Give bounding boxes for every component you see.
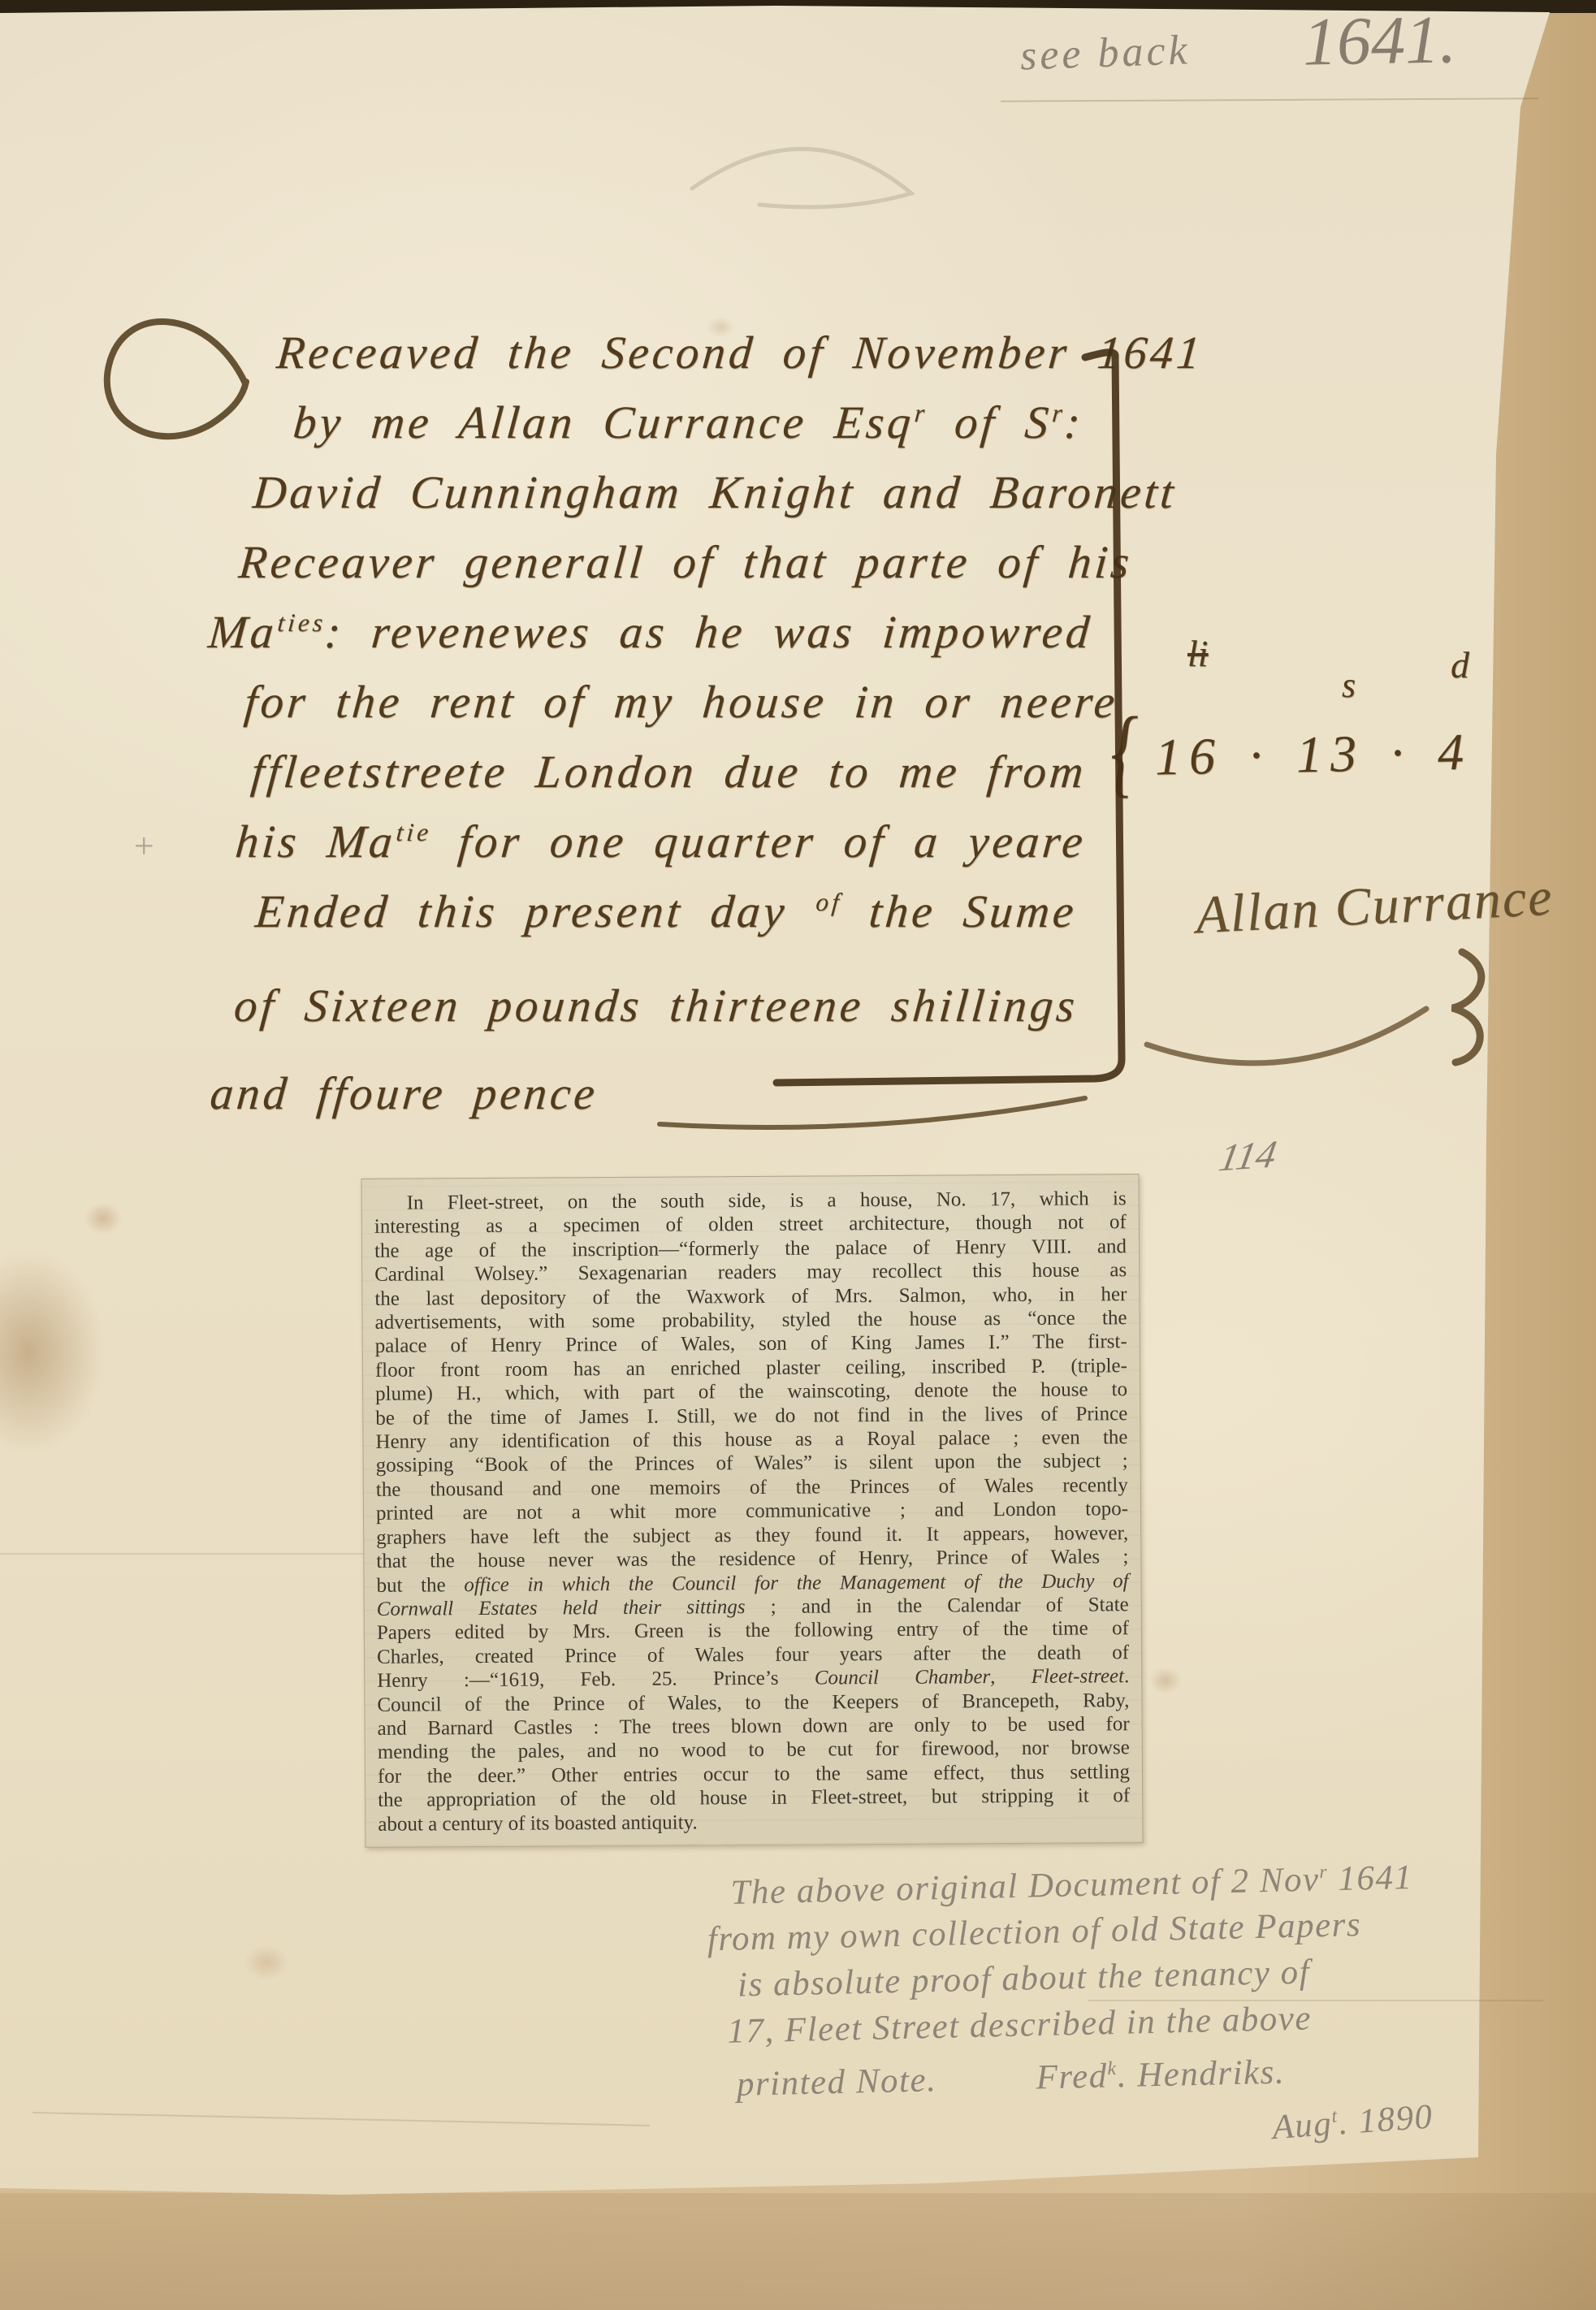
text-line: Augt. 1890 <box>1270 2087 1434 2151</box>
text-line: Ended this present day of the Sume <box>252 885 1158 955</box>
text-line: his Matie for one quarter of a yeare <box>231 815 1164 885</box>
text-line: of Sixteen pounds thirteene shillings <box>231 980 1150 1049</box>
text-segment: but the <box>376 1574 464 1597</box>
pencil-note: The above original Document of 2 Novr 16… <box>706 1844 1593 2109</box>
text-segment: : revenewes as he was impowred <box>322 607 1094 658</box>
text-segment: by me Allan Currance Esq <box>292 397 916 448</box>
text-segment: office in which the Council for the Mana… <box>464 1570 1128 1596</box>
text-segment: . <box>1124 1665 1129 1687</box>
text-segment: Aug <box>1271 2105 1334 2147</box>
shillings-symbol: s <box>1342 664 1356 706</box>
text-segment: the appropriation of the old house in Fl… <box>378 1784 1130 1811</box>
text-segment: interesting as a specimen of olden stree… <box>374 1212 1127 1239</box>
pence-symbol: d <box>1451 643 1469 686</box>
text-segment: r <box>1319 1862 1328 1883</box>
backing-bottom-shade <box>0 2193 1596 2310</box>
text-segment: the age of the inscription—“formerly the… <box>374 1235 1127 1262</box>
pounds-symbol: li <box>1187 632 1209 675</box>
text-segment: . Hendriks. <box>1117 2053 1285 2096</box>
text-segment: In Fleet-street, on the south side, is a… <box>407 1187 1127 1213</box>
text-segment: Receaver generall of that parte of his <box>236 537 1134 588</box>
text-line: David Cunningham Knight and Baronett <box>249 466 1195 536</box>
text-segment: mending the pales, and no wood to be cut… <box>378 1737 1130 1764</box>
text-segment: Charles, created Prince of Wales four ye… <box>377 1642 1129 1668</box>
see-back-pencil-note: see back <box>1019 26 1191 80</box>
manuscript-text: Receaved the Second of November 1641by m… <box>201 327 1206 1137</box>
text-segment: the last depository of the Waxwork of Mr… <box>374 1283 1127 1310</box>
text-segment: Henry any identification of this house a… <box>375 1426 1127 1453</box>
text-segment: k <box>1107 2058 1118 2079</box>
text-line: about a century of its boasted antiquity… <box>378 1808 1130 1836</box>
text-segment: of S <box>924 397 1053 448</box>
text-line: Receaved the Second of November 1641 <box>273 327 1207 396</box>
text-segment: for one quarter of a yeare <box>428 816 1088 867</box>
text-segment: printed are not a whit more communicativ… <box>376 1498 1128 1525</box>
text-segment: that the house never was the residence o… <box>376 1546 1128 1572</box>
margin-plus-mark: + <box>132 825 156 867</box>
text-segment: ; and in the Calendar of State <box>745 1594 1128 1618</box>
text-segment: Fleet-street <box>1032 1665 1124 1688</box>
year-pencil-note: 1641. <box>1302 0 1457 81</box>
text-segment: about a century of its boasted antiquity… <box>378 1811 698 1835</box>
text-segment: ties <box>276 608 327 637</box>
text-segment: Henry :—“1619, Feb. 25. Prince’s <box>377 1668 815 1692</box>
text-line: Maties: revenewes as he was impowred <box>205 606 1183 676</box>
text-segment: 1641 <box>1328 1858 1413 1898</box>
text-segment: of <box>815 888 843 916</box>
text-segment: of Sixteen pounds thirteene shillings <box>232 980 1080 1032</box>
text-segment: advertisements, with some probability, s… <box>374 1307 1127 1334</box>
text-line: for the rent of my house in or neere <box>241 676 1177 746</box>
text-segment: graphers have left the subject as they f… <box>376 1522 1128 1549</box>
paper-crease <box>0 1553 382 1555</box>
text-segment: the thousand and one memoirs of the Prin… <box>376 1474 1128 1501</box>
text-segment: palace of Henry Prince of Wales, son of … <box>375 1331 1127 1358</box>
text-segment: plume) H., which, with part of the wains… <box>375 1378 1127 1405</box>
date-pencil-note: Augt. 1890 <box>1270 2087 1434 2151</box>
amount-value: 16 · 13 · 4 <box>1154 722 1472 788</box>
text-segment: Cardinal Wolsey.” Sexagenarian readers m… <box>374 1259 1127 1286</box>
text-segment: for the deer.” Other entries occur to th… <box>378 1761 1130 1788</box>
text-segment: floor front room has an enriched plaster… <box>375 1355 1127 1382</box>
text-segment: and ffoure pence <box>208 1068 599 1119</box>
text-segment: Papers edited by Mrs. Green is the follo… <box>377 1617 1129 1644</box>
text-segment: ffleetstreete London due to me from <box>249 746 1088 798</box>
amount-brace: { <box>1110 695 1138 809</box>
text-segment: Council of the Prince of Wales, to the K… <box>377 1689 1129 1716</box>
text-line: Receaver generall of that parte of his <box>236 536 1189 606</box>
text-segment: David Cunningham Knight and Baronett <box>251 467 1179 518</box>
text-segment: the Sume <box>839 886 1079 937</box>
text-line: by me Allan Currance Esqr of Sr: <box>290 396 1201 466</box>
newspaper-clipping: In Fleet-street, on the south side, is a… <box>361 1174 1143 1848</box>
text-segment: Cornwall Estates held their sittings <box>377 1596 746 1620</box>
text-segment: printed Note. Fred <box>736 2057 1108 2104</box>
text-line: ffleetstreete London due to me from <box>248 746 1170 815</box>
text-line: the appropriation of the old house in Fl… <box>378 1784 1130 1812</box>
text-segment: gossiping “Book of the Princes of Wales”… <box>376 1451 1128 1477</box>
text-segment: be of the time of James I. Still, we do … <box>375 1403 1127 1430</box>
text-segment: Ma <box>206 607 279 658</box>
text-segment: Ended this present day <box>253 886 817 937</box>
text-segment: . 1890 <box>1338 2097 1434 2142</box>
text-line: and ffoure pence <box>206 1067 1142 1137</box>
text-segment: , <box>990 1666 1032 1688</box>
text-segment: his Ma <box>233 816 397 867</box>
text-segment: for the rent of my house in or neere <box>242 677 1120 728</box>
text-segment: : <box>1062 397 1085 448</box>
page-number-pencil: 114 <box>1216 1132 1280 1181</box>
text-segment: and Barnard Castles : The trees blown do… <box>378 1713 1130 1740</box>
text-segment: Receaved the Second of November 1641 <box>275 327 1205 379</box>
text-segment: Council Chamber <box>815 1666 991 1689</box>
text-segment: tie <box>395 818 432 846</box>
